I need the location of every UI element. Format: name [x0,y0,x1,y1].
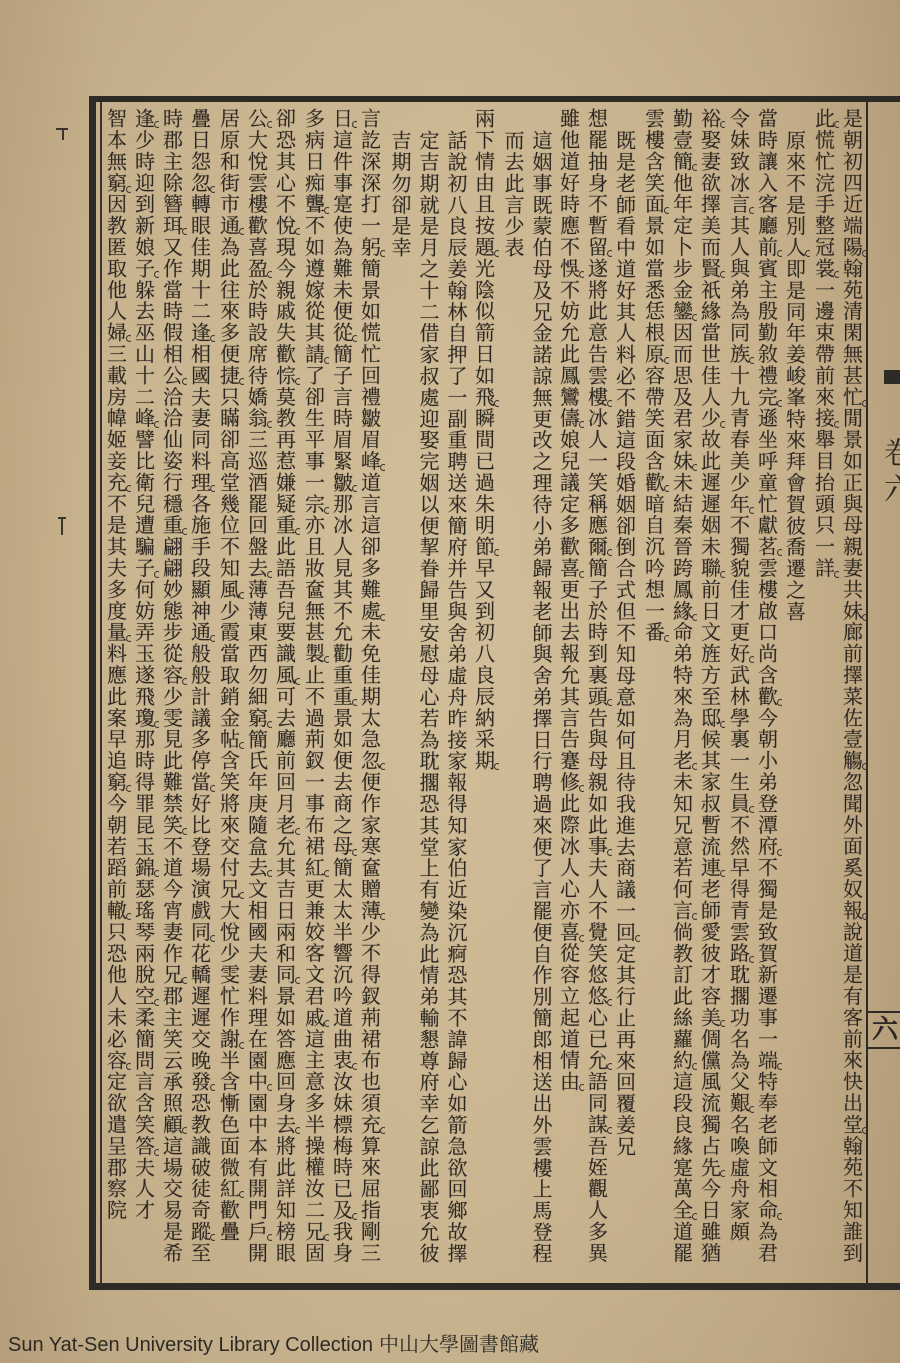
text-column: 日這件事寔使為難未便從簡子言時眉緊皺那冰人見其不允勸重重景如便去商之母簡太太半響… [329,108,357,1284]
text-column: 而去此言少表 [499,130,527,1284]
text-column: 言訖深深打一躬簡景如慌忙回禮皺眉峰道言這卻多難處未免佳期太急忽便作家寒奩贈薄少不… [357,108,385,1284]
collection-credit-chinese: 中山大學圖書館藏 [379,1332,539,1356]
text-column: 兩下情由且按題光陰似箭日如飛瞬間已過朱明節早又到初八良辰納采期 [471,108,499,1284]
text-column: 當時讓入客廳前賓主殷勤敘禮完遜坐呼童忙獻茗雲樓啟口尚含歡今朝小弟登潭府不獨是致賀… [754,108,782,1284]
collection-credit-english: Sun Yat-Sen University Library Collectio… [8,1334,373,1356]
text-column: 定吉期就是月之十二借家叔處迎娶完姻以便挈眷歸里安慰母心若為耽擱恐其堂上有變為此情… [414,130,442,1284]
text-column: 雲樓含笑面景如當悉恁根原容帶笑面含歡暗自沉吟想一番 [641,108,669,1284]
margin-mark [58,517,66,519]
page-number: 六 [870,1013,900,1047]
text-column: 勤壹簡他年定卜步金鑾因而思及君家妹未結秦晉跨鳳緣命弟特來為月老未知兄意若何言倘教… [669,108,697,1284]
text-column: 裕娶妻欲擇美而賢祇緣當世佳人少故此遲遲姻未聯前日文旌方至邸候其家叔暫流連老師愛彼… [697,108,725,1284]
text-column: 原來不是別人即是同年姜峻峯特來拜會賀彼喬遷之喜 [782,130,810,1284]
text-column: 疊日怨忽轉眼佳期十二逢相國夫妻同料理各施手段顯神通般般計議多停當好比登場演戲同花… [187,108,215,1284]
volume-label: 卷六 [878,437,900,509]
text-column: 既是老師看中道好其人料必不錯這段婚姻卻倒合式但不知母意如何且待我進去商議一回定其… [612,130,640,1284]
text-column: 逢少時迎到新娘子躲去巫山十二峰譬比衛兒遭騙子何妨弄玉遂飛瓊那時得罪昆玉錦瑟瑤琴兩… [131,108,159,1284]
frame-top-border [89,96,900,102]
fish-tail-mark [884,370,900,384]
text-column: 公大悅雲樓歡喜盈於時設席待嬌翁三巡酒罷回盤去薄薄東西勿細窮簡氏年庚隨盒去文相國夫… [244,108,272,1284]
frame-left-border [89,96,96,1290]
text-column: 這姻事既蒙伯母及兄金諾諒無更改之理待小弟歸報老師與舍弟擇日行聘過來便了言罷便自作… [527,130,555,1284]
margin-mark [62,128,64,140]
text-column: 此慌忙浣手整冠裳一邊束帶前來接舉目抬頭只一詳 [811,108,839,1284]
page-number-box-bottom [868,1047,900,1049]
fold-edge-strip: 卷六 [868,102,900,1283]
text-column: 時郡主除簪珥又作當時假相公洽洽仙姿行穩重翩翩妙態步從容少雯見此難禁笑不道今宵妻作… [159,108,187,1284]
text-column: 吉期勿卻是幸 [386,130,414,1284]
text-column: 多病日痴聾不如遵嫁從其請了卻生平事一宗亦且妝奩無甚製止不過荊釵一事布裙紅更兼姣客… [301,108,329,1284]
text-column: 話說初八良辰姜翰林自押了一副重聘送來簡府并告與舍弟虛舟昨接家報得知家伯近染沉痾恐… [442,130,470,1284]
frame-inner-line [100,102,102,1283]
text-column: 智本無窮因教匿取他人婦三載房幃姬妾充不是其夫多度量料應此案早追窮今朝若蹈前轍只恐… [103,108,131,1284]
text-column: 卻恐其心不悅現今親戚失歡悰莫教再惹嫌疑重此語吾兒要識風可去廳前回月老允其吉日兩和… [272,108,300,1284]
text-column: 想罷抽身不暫留遂將此意告雲樓冰人一笑稱應爾簡子於時到裏頭告與母親如此事夫人不覺笑… [584,108,612,1284]
text-column: 令妹致冰言其人與弟為同族十九青春美少年不獨貌佳才更好武林學裏一生員不然早得青雲路… [726,108,754,1284]
collection-credit: Sun Yat-Sen University Library Collectio… [8,1328,539,1357]
margin-mark [61,517,63,535]
text-column: 是朝初四近端陽翰苑清閑無甚忙閒景如正與母親妻共妹廊前擇菜佐壹觴忽聞外面奚奴報說道… [839,108,867,1284]
frame-bottom-border [89,1283,900,1290]
text-column: 雖他道好時應不悞不妨允此鳳鸞儔娘兒議定多歡喜更出去報允其言告蹇修此際冰人心亦喜從… [556,108,584,1284]
text-column: 居原和街市通為此往來多便捷只瞞卻高堂幾位不知風少霞當取銷金帖含笑將來交付兄大悅少… [216,108,244,1284]
